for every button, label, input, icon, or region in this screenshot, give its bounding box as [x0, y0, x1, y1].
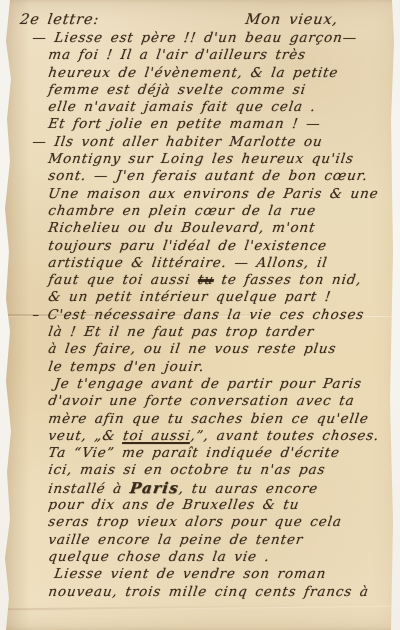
letter-segment: chambre en plein cœur de la rue	[47, 203, 317, 219]
letter-segment: — Ils vont aller habiter Marlotte ou	[31, 134, 323, 150]
letter-segment: Une maison aux environs de Paris & une	[47, 186, 379, 202]
letter-line: vaille encore la peine de tenter	[47, 532, 385, 549]
letter-segment: à les faire, ou il ne vous reste plus	[47, 341, 337, 357]
letter-line: femme est déjà svelte comme si	[47, 82, 385, 99]
letter-segment: installé à	[47, 481, 131, 497]
letter-segment: Liesse vient de vendre son roman	[53, 566, 327, 582]
letter-line: – C'est nécessaire dans la vie ces chose…	[31, 307, 385, 324]
letter-segment: Et fort jolie en petite maman ! —	[47, 116, 322, 132]
letter-segment: ma foi ! Il a l'air d'ailleurs très	[47, 47, 307, 63]
letter-line: faut que toi aussi tu te fasses ton nid,	[47, 272, 385, 289]
letter-segment: te fasses ton nid,	[213, 272, 363, 288]
letter-segment: & un petit intérieur quelque part !	[47, 289, 332, 305]
letter-line: ici, mais si en octobre tu n'as pas	[47, 462, 385, 479]
letter-segment: Richelieu ou du Boulevard, m'ont	[47, 220, 316, 236]
letter-segment: nouveau, trois mille cinq cents francs à	[47, 584, 370, 600]
letter-line: à les faire, ou il ne vous reste plus	[47, 341, 385, 358]
letter-line: — Ils vont aller habiter Marlotte ou	[31, 134, 385, 151]
letter-line: nouveau, trois mille cinq cents francs à	[47, 584, 385, 601]
letter-line: veut, „& toi aussi,”, avant toutes chose…	[47, 428, 385, 445]
fold-crease-bottom	[4, 604, 392, 612]
letter-line: quelque chose dans la vie .	[47, 549, 385, 566]
letter-line: artistique & littéraire. — Allons, il	[47, 255, 385, 272]
letter-line: pour dix ans de Bruxelles & tu	[47, 497, 385, 514]
letter-line: sont. — J'en ferais autant de bon cœur.	[47, 168, 385, 185]
letter-number-label: 2e lettre:	[19, 10, 101, 30]
letter-scan: 2e lettre: Mon vieux, — Liesse est père …	[0, 0, 400, 630]
letter-segment: pour dix ans de Bruxelles & tu	[47, 497, 300, 513]
letter-segment: quelque chose dans la vie .	[47, 549, 271, 565]
letter-segment: ici, mais si en octobre tu n'as pas	[47, 462, 326, 478]
letter-segment: — Liesse est père !! d'un beau garçon—	[31, 30, 358, 46]
letter-line: Ta “Vie” me paraît indiquée d'écrite	[47, 445, 385, 462]
letter-segment: toujours paru l'idéal de l'existence	[47, 238, 328, 254]
letter-segment: Je t'engage avant de partir pour Paris	[53, 376, 363, 392]
letter-line: le temps d'en jouir.	[47, 359, 385, 376]
letter-line: ma foi ! Il a l'air d'ailleurs très	[47, 47, 385, 64]
letter-segment: là ! Et il ne faut pas trop tarder	[47, 324, 315, 340]
letter-line: elle n'avait jamais fait que cela .	[47, 99, 385, 116]
letter-line: Je t'engage avant de partir pour Paris	[53, 376, 385, 393]
letter-line: Richelieu ou du Boulevard, m'ont	[47, 220, 385, 237]
paper-sheet: 2e lettre: Mon vieux, — Liesse est père …	[0, 0, 400, 630]
letter-segment: sont. — J'en ferais autant de bon cœur.	[47, 168, 369, 184]
letter-segment: veut, „&	[47, 428, 124, 444]
letter-segment: Ta “Vie” me paraît indiquée d'écrite	[47, 445, 341, 461]
letter-segment: femme est déjà svelte comme si	[47, 82, 307, 98]
letter-segment: le temps d'en jouir.	[47, 359, 205, 375]
letter-segment: – C'est nécessaire dans la vie ces chose…	[31, 307, 365, 323]
letter-header-row: 2e lettre: Mon vieux,	[47, 10, 386, 30]
letter-line: installé à Paris, tu auras encore	[47, 480, 385, 497]
letter-segment: artistique & littéraire. — Allons, il	[47, 255, 328, 271]
letter-segment: seras trop vieux alors pour que cela	[47, 514, 343, 530]
letter-segment: heureux de l'évènement, & la petite	[47, 65, 339, 81]
letter-segment: mère afin que tu saches bien ce qu'elle	[47, 411, 370, 427]
letter-line: chambre en plein cœur de la rue	[47, 203, 385, 220]
letter-segment-underline: toi aussi	[122, 428, 192, 444]
letter-segment: ,”, avant toutes choses.	[190, 428, 381, 444]
letter-line: & un petit intérieur quelque part !	[47, 289, 385, 306]
letter-line: Montigny sur Loing les heureux qu'ils	[47, 151, 385, 168]
letter-segment-bold: Paris	[129, 479, 181, 497]
letter-segment: elle n'avait jamais fait que cela .	[47, 99, 317, 115]
letter-segment: vaille encore la peine de tenter	[47, 532, 304, 548]
letter-line: là ! Et il ne faut pas trop tarder	[47, 324, 385, 341]
letter-line: mère afin que tu saches bien ce qu'elle	[47, 411, 385, 428]
letter-line: Liesse vient de vendre son roman	[53, 566, 385, 583]
salutation: Mon vieux,	[244, 10, 385, 30]
letter-segment: d'avoir une forte conversation avec ta	[47, 393, 355, 409]
letter-segment: faut que toi aussi	[47, 272, 199, 288]
handwritten-text: 2e lettre: Mon vieux, — Liesse est père …	[48, 10, 384, 601]
letter-line: d'avoir une forte conversation avec ta	[47, 393, 385, 410]
letter-line: toujours paru l'idéal de l'existence	[47, 238, 385, 255]
letter-line: — Liesse est père !! d'un beau garçon—	[31, 30, 385, 47]
letter-segment: , tu auras encore	[178, 481, 319, 497]
letter-line: heureux de l'évènement, & la petite	[47, 65, 385, 82]
letter-line: Et fort jolie en petite maman ! —	[47, 116, 385, 133]
letter-segment: Montigny sur Loing les heureux qu'ils	[47, 151, 355, 167]
letter-line: Une maison aux environs de Paris & une	[47, 186, 385, 203]
letter-line: seras trop vieux alors pour que cela	[47, 514, 385, 531]
letter-body: — Liesse est père !! d'un beau garçon—ma…	[48, 30, 384, 601]
